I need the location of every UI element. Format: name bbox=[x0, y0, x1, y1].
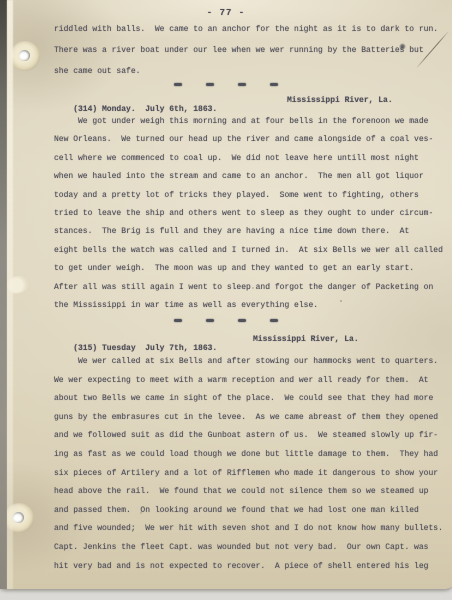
entry-314-heading: (314) Monday. July 6th, 1863. Mississipp… bbox=[54, 96, 452, 110]
entry-315-location: Mississippi River, La. bbox=[253, 335, 359, 344]
punch-hole-bottom bbox=[13, 512, 24, 523]
text-line: and passed them. On looking around we fo… bbox=[54, 502, 443, 521]
text-line: stances. The Brig is full and they are h… bbox=[54, 223, 443, 241]
text-line: six pieces of Artilery and a lot of Riff… bbox=[54, 465, 443, 484]
separator-asterisk: * bbox=[206, 319, 214, 322]
entry-315-heading: (315) Tuesday July 7th, 1863. Mississipp… bbox=[54, 335, 452, 349]
separator-asterisk: * bbox=[174, 83, 182, 86]
text-line: We wer called at six Bells and after sto… bbox=[54, 353, 443, 372]
text-line: We got under weigh this morning and at f… bbox=[54, 113, 443, 131]
punch-hole-top bbox=[19, 50, 30, 61]
stray-ink-mark bbox=[399, 43, 406, 50]
text-line: cell where we commenced to coal up. We d… bbox=[54, 150, 443, 168]
text-line: head above the rail. We found that we co… bbox=[54, 483, 443, 502]
text-line: We wer expecting to meet with a warm rec… bbox=[54, 372, 443, 391]
text-line: New Orleans. We turned our head up the r… bbox=[54, 131, 443, 149]
entry-315-paragraph: We wer called at six Bells and after sto… bbox=[54, 353, 443, 576]
text-line: tried to leave the ship and others went … bbox=[54, 205, 443, 223]
document-page: - 77 - riddled with balls. We came to an… bbox=[0, 0, 452, 589]
text-line: There was a river boat under our lee whe… bbox=[54, 40, 438, 61]
text-line: riddled with balls. We came to an anchor… bbox=[54, 19, 438, 40]
page-number: - 77 - bbox=[0, 8, 452, 18]
text-line: After all was still again I went to slee… bbox=[54, 279, 443, 297]
section-separator: **** bbox=[0, 314, 452, 326]
text-line: hit very bad and is not expected to reco… bbox=[54, 558, 443, 577]
continuation-paragraph: riddled with balls. We came to an anchor… bbox=[54, 19, 438, 82]
paper-specks bbox=[340, 300, 342, 302]
entry-314-location: Mississippi River, La. bbox=[287, 96, 393, 105]
separator-asterisk: * bbox=[238, 83, 246, 86]
separator-asterisk: * bbox=[206, 83, 214, 86]
separator-asterisk: * bbox=[174, 319, 182, 322]
text-line: when we hauled into the stream and came … bbox=[54, 168, 443, 186]
text-line: and we followed suit as did the Gunboat … bbox=[54, 427, 443, 446]
separator-asterisk: * bbox=[270, 83, 278, 86]
section-separator: **** bbox=[0, 78, 452, 90]
text-line: today and a pretty lot of tricks they pl… bbox=[54, 187, 443, 205]
page-left-edge-shadow bbox=[0, 0, 7, 589]
page-left-edge-highlight bbox=[7, 0, 13, 589]
separator-asterisk: * bbox=[270, 319, 278, 322]
text-line: ing as fast as we could load though we d… bbox=[54, 446, 443, 465]
separator-asterisk: * bbox=[238, 319, 246, 322]
entry-315-title: (315) Tuesday July 7th, 1863. bbox=[73, 344, 217, 353]
text-line: about two Bells we came in sight of the … bbox=[54, 390, 443, 409]
text-line: eight bells the watch was called and I t… bbox=[54, 242, 443, 260]
text-line: Capt. Jenkins the fleet Capt. was wounde… bbox=[54, 539, 443, 558]
entry-314-paragraph: We got under weigh this morning and at f… bbox=[54, 113, 443, 315]
text-line: the Mississippi in war time as well as e… bbox=[54, 297, 443, 315]
text-line: to get under weigh. The moon was up and … bbox=[54, 260, 443, 278]
text-line: guns by the embrasures cut in the levee.… bbox=[54, 409, 443, 428]
text-line: and five wounded; We wer hit with seven … bbox=[54, 520, 443, 539]
